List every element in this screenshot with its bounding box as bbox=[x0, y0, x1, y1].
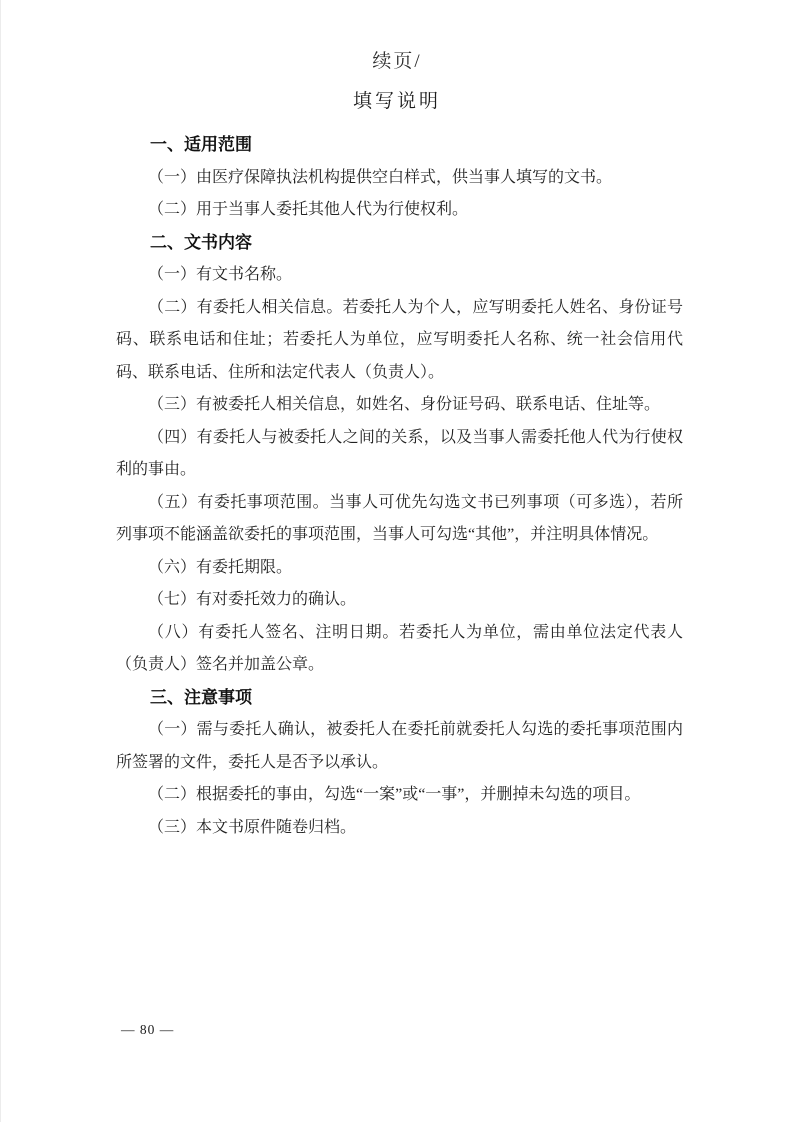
paragraph: （二）用于当事人委托其他人代为行使权利。 bbox=[116, 194, 683, 227]
section-heading: 三、注意事项 bbox=[116, 682, 683, 715]
section-notes: 三、注意事项 （一）需与委托人确认，被委托人在委托前就委托人勾选的委托事项范围内… bbox=[116, 682, 683, 845]
paragraph: （四）有委托人与被委托人之间的关系，以及当事人需委托他人代为行使权利的事由。 bbox=[116, 422, 683, 487]
page-title: 填写说明 bbox=[1, 88, 793, 116]
paragraph: （五）有委托事项范围。当事人可优先勾选文书已列事项（可多选），若所列事项不能涵盖… bbox=[116, 487, 683, 552]
title-block: 续页/ 填写说明 bbox=[1, 0, 793, 116]
page-number: — 80 — bbox=[121, 1022, 174, 1038]
document-body: 一、适用范围 （一）由医疗保障执法机构提供空白样式，供当事人填写的文书。 （二）… bbox=[1, 129, 793, 844]
paragraph: （一）有文书名称。 bbox=[116, 259, 683, 292]
section-applicable-scope: 一、适用范围 （一）由医疗保障执法机构提供空白样式，供当事人填写的文书。 （二）… bbox=[116, 129, 683, 227]
paragraph: （一）需与委托人确认，被委托人在委托前就委托人勾选的委托事项范围内所签署的文件，… bbox=[116, 714, 683, 779]
paragraph: （七）有对委托效力的确认。 bbox=[116, 584, 683, 617]
section-document-content: 二、文书内容 （一）有文书名称。 （二）有委托人相关信息。若委托人为个人，应写明… bbox=[116, 227, 683, 682]
continuation-label: 续页/ bbox=[1, 48, 793, 76]
paragraph: （六）有委托期限。 bbox=[116, 552, 683, 585]
document-page: 续页/ 填写说明 一、适用范围 （一）由医疗保障执法机构提供空白样式，供当事人填… bbox=[0, 0, 793, 1122]
paragraph: （二）根据委托的事由，勾选“一案”或“一事”，并删掉未勾选的项目。 bbox=[116, 779, 683, 812]
paragraph: （一）由医疗保障执法机构提供空白样式，供当事人填写的文书。 bbox=[116, 162, 683, 195]
paragraph: （二）有委托人相关信息。若委托人为个人，应写明委托人姓名、身份证号码、联系电话和… bbox=[116, 292, 683, 390]
section-heading: 二、文书内容 bbox=[116, 227, 683, 260]
section-heading: 一、适用范围 bbox=[116, 129, 683, 162]
paragraph: （八）有委托人签名、注明日期。若委托人为单位，需由单位法定代表人（负责人）签名并… bbox=[116, 617, 683, 682]
paragraph: （三）本文书原件随卷归档。 bbox=[116, 812, 683, 845]
paragraph: （三）有被委托人相关信息，如姓名、身份证号码、联系电话、住址等。 bbox=[116, 389, 683, 422]
